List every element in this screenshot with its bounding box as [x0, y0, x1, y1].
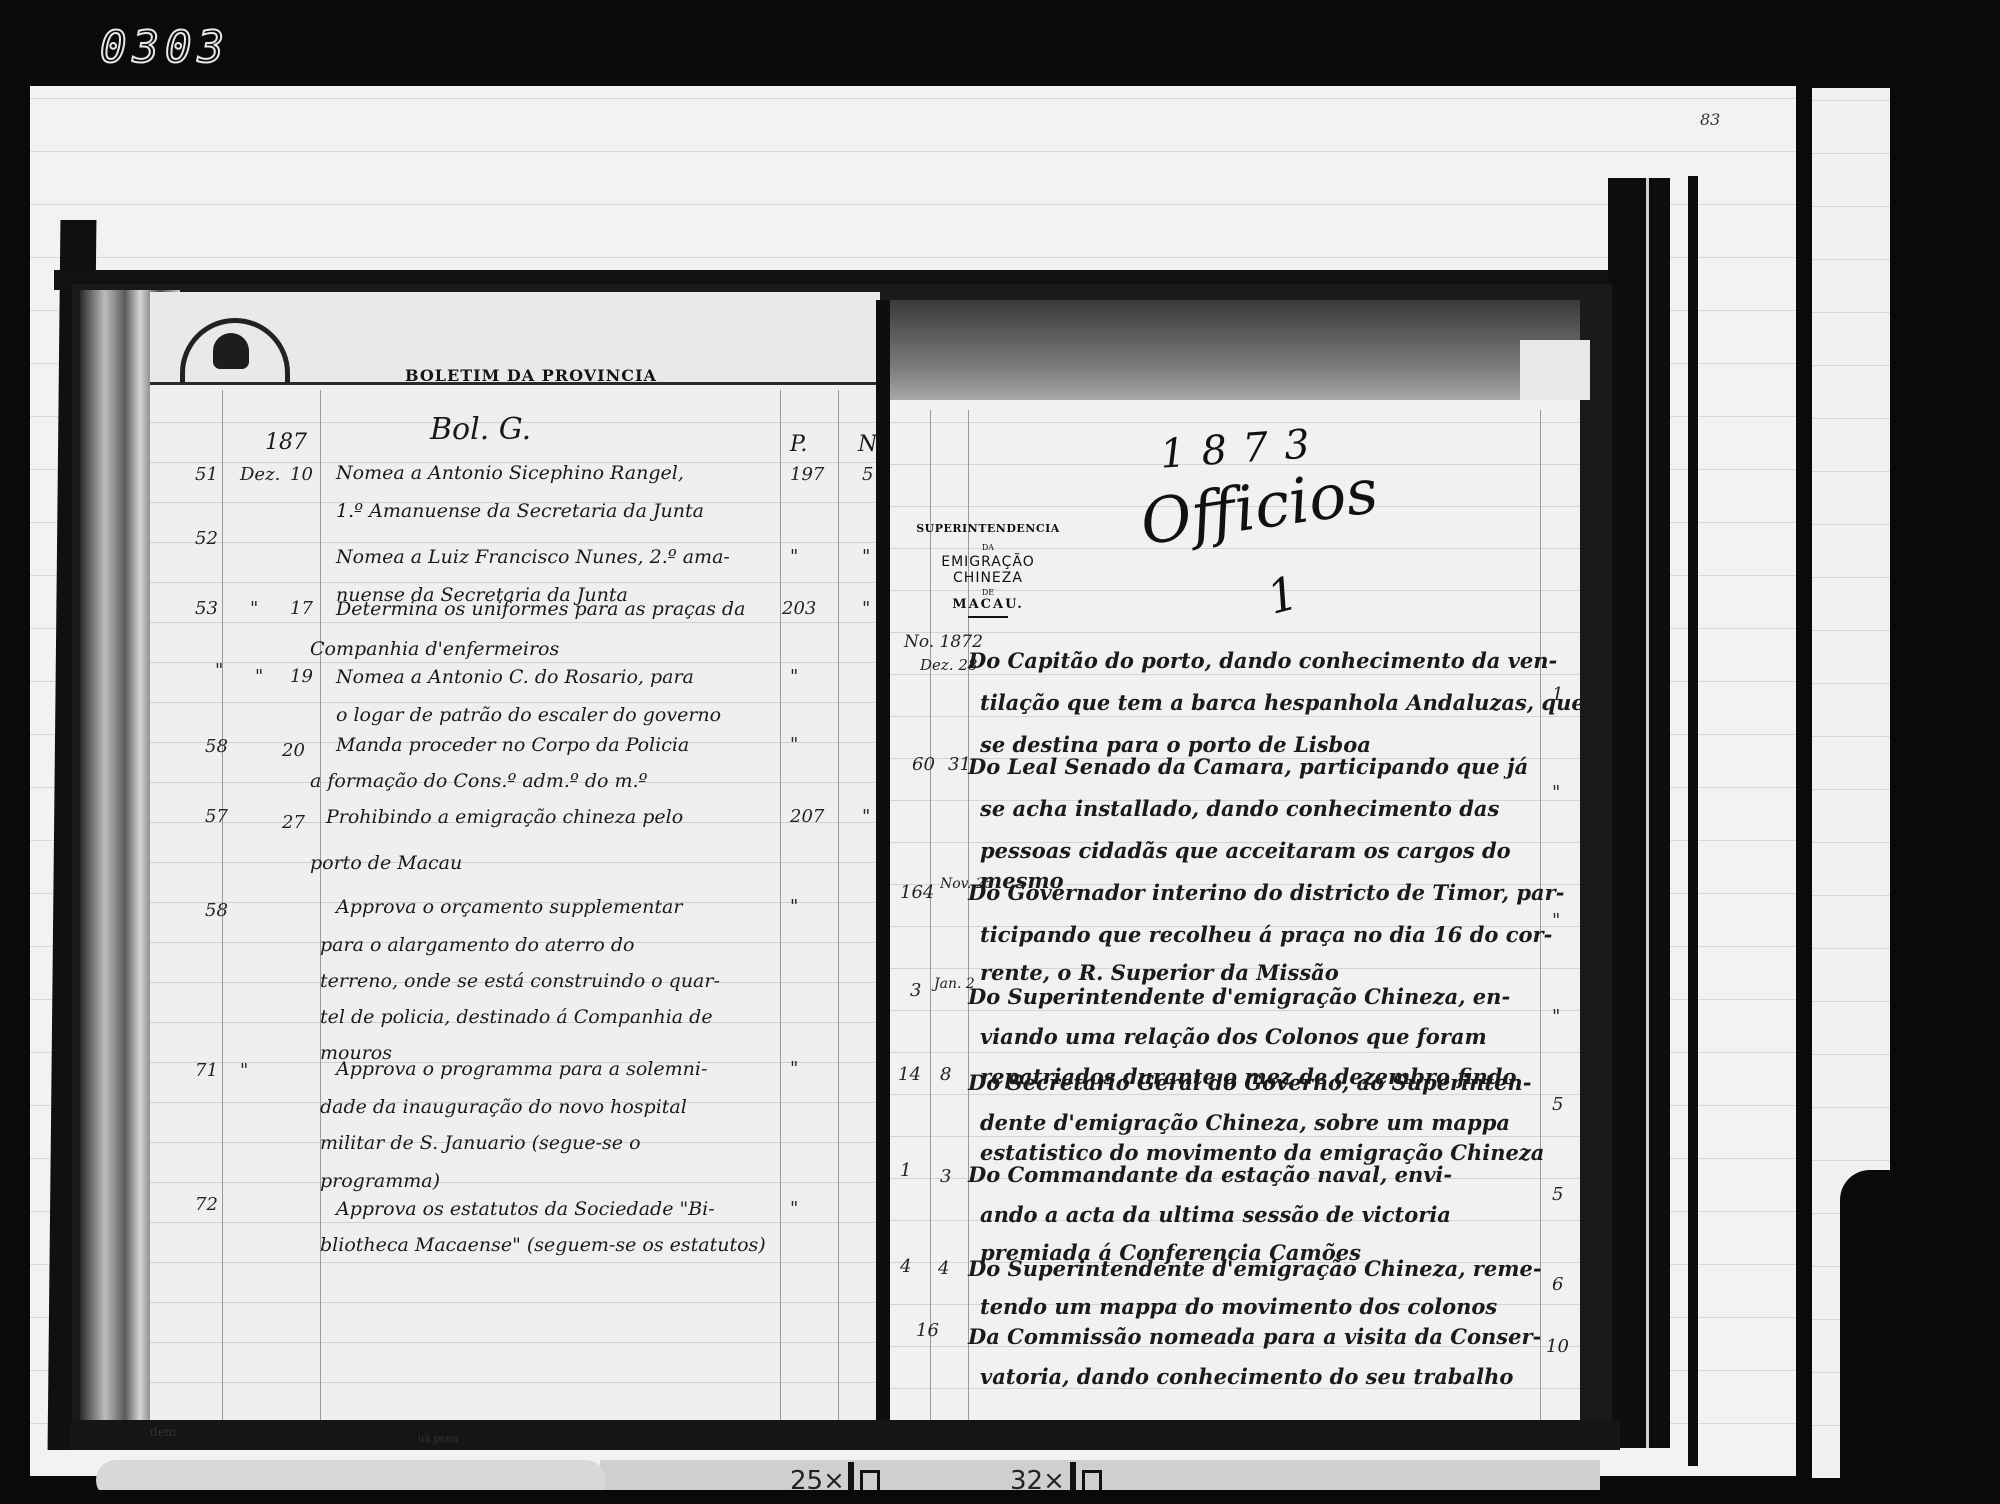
entry-text-line: Approva o orçamento supplementar — [336, 896, 682, 918]
entry-page-ref: " — [790, 1198, 798, 1219]
entry-day: 19 — [290, 666, 313, 687]
entry-folio: 5 — [1552, 1184, 1563, 1205]
entry-number: 58 — [205, 900, 228, 921]
entry-number: 51 — [195, 464, 218, 485]
entry-number: 58 — [205, 736, 228, 757]
entry-folio: " — [1552, 782, 1560, 803]
film-edge-right — [1890, 0, 2000, 1504]
entry-page-ref: " — [790, 666, 798, 687]
superintendencia-letterhead: SUPERINTENDENCIA DA EMIGRAÇÃO CHINEZA DE… — [908, 522, 1068, 618]
entry-text-line: Do Governador interino do districto de T… — [968, 880, 1564, 905]
entry-page-ref: " — [790, 734, 798, 755]
entry-text-line: tilação que tem a barca hespanhola Andal… — [980, 690, 1585, 715]
entry-day: 27 — [282, 812, 305, 833]
entry-text-line: programma) — [320, 1170, 440, 1192]
entry-folio: 6 — [1552, 1274, 1563, 1295]
entry-text-line: dade da inauguração do novo hospital — [320, 1096, 687, 1118]
right-page-shadow — [890, 300, 1580, 410]
entry-text-line: tendo um mappa do movimento dos colonos — [980, 1294, 1497, 1319]
entry-day: 20 — [282, 740, 305, 761]
film-separator-bar — [1796, 86, 1810, 1486]
letterhead-line: DE — [908, 588, 1068, 597]
entry-text-line: militar de S. Januario (segue-se o — [320, 1132, 641, 1154]
entry-number: 3 — [910, 980, 921, 1001]
letterhead-line: EMIGRAÇÃO CHINEZA — [908, 554, 1068, 586]
column-header-page: P. — [790, 432, 807, 457]
letterhead-rule — [968, 616, 1008, 618]
entry-text-line: ticipando que recolheu á praça no dia 16… — [980, 922, 1552, 947]
entry-number: 72 — [195, 1194, 218, 1215]
entry-text-line: se acha installado, dando conhecimento d… — [980, 796, 1499, 821]
entry-text-line: Do Secretario Geral do Governo, ao Super… — [968, 1070, 1531, 1095]
entry-text-line: ando a acta da ultima sessão de victoria — [980, 1202, 1451, 1227]
corner-mark: 83 — [1700, 110, 1720, 129]
entry-number: 57 — [205, 806, 228, 827]
entry-text-line: Do Commandante da estação naval, envi- — [968, 1162, 1452, 1187]
entry-number: 14 — [898, 1064, 921, 1085]
left-page-number: 187 — [265, 430, 307, 455]
entry-month: " — [240, 1060, 248, 1081]
entry-text-line: Do Capitão do porto, dando conhecimento … — [968, 648, 1557, 673]
entry-text-line: Manda proceder no Corpo da Policia — [336, 734, 689, 756]
entry-num-ref: " — [862, 806, 870, 827]
entry-text-line: tel de policia, destinado á Companhia de — [320, 1006, 713, 1028]
book-bottom-edge — [70, 1420, 1620, 1450]
footer-mark: dem. — [150, 1425, 180, 1439]
entry-text-line: porto de Macau — [310, 852, 462, 874]
entry-text-line: rente, o R. Superior da Missão — [980, 960, 1339, 985]
entry-text-line: bliotheca Macaense" (seguem-se os estatu… — [320, 1234, 766, 1256]
entry-text-line: pessoas cidadãs que acceitaram os cargos… — [980, 838, 1511, 863]
entry-text-line: para o alargamento do aterro do — [320, 934, 634, 956]
entry-page-ref: 203 — [782, 598, 816, 619]
entry-text-line: Do Leal Senado da Camara, participando q… — [968, 754, 1528, 779]
entry-text-line: Approva os estatutos da Sociedade "Bi- — [336, 1198, 715, 1220]
entry-text-line: terreno, onde se está construindo o quar… — [320, 970, 720, 992]
entry-number: 16 — [916, 1320, 939, 1341]
boletim-header-text: BOLETIM DA PROVINCIA — [405, 366, 657, 385]
entry-text-line: a formação do Cons.º adm.º do m.º — [310, 770, 647, 792]
entry-folio: " — [1552, 910, 1560, 931]
entry-num-ref: " — [862, 598, 870, 619]
entry-text-line: Do Superintendente d'emigração Chineza, … — [968, 984, 1510, 1009]
entry-folio: 10 — [1546, 1336, 1569, 1357]
entry-num-ref: " — [862, 546, 870, 567]
entry-number: 4 — [900, 1256, 911, 1277]
letterhead-line: DA — [908, 543, 1068, 552]
entry-folio: 5 — [1552, 1094, 1563, 1115]
book-gutter — [876, 300, 890, 1440]
film-frame-number: 0303 — [100, 22, 230, 73]
crown-icon — [213, 333, 249, 369]
entry-number: 1 — [900, 1160, 911, 1181]
page-flap — [1520, 340, 1590, 400]
entry-text-line: Companhia d'enfermeiros — [310, 638, 559, 660]
entry-page-ref: " — [790, 1058, 798, 1079]
entry-text-line: Nomea a Luiz Francisco Nunes, 2.º ama- — [336, 546, 730, 568]
left-page-heading: Bol. G. — [430, 412, 531, 447]
film-edge-bottom — [0, 1490, 2000, 1504]
entry-day: 10 — [290, 464, 313, 485]
entry-num-ref: 5 — [862, 464, 873, 485]
binding-band-right-thin — [1688, 176, 1698, 1466]
entry-text-line: dente d'emigração Chineza, sobre um mapp… — [980, 1110, 1510, 1135]
entry-text-line: viando uma relação dos Colonos que foram — [980, 1024, 1487, 1049]
entry-month: " — [250, 598, 258, 619]
entry-folio: 1 — [1552, 684, 1563, 705]
entry-number: 60 — [912, 754, 935, 775]
entry-number: 71 — [195, 1060, 218, 1081]
entry-text-line: Nomea a Antonio C. do Rosario, para — [336, 666, 694, 688]
entry-text-line: Nomea a Antonio Sicephino Rangel, — [336, 462, 684, 484]
entry-text-line: o logar de patrão do escaler do governo — [336, 704, 721, 726]
entry-text-line: Determina os uniformes para as praças da — [336, 598, 745, 620]
entry-text-line: Approva o programma para a solemni- — [336, 1058, 707, 1080]
entry-folio: " — [1552, 1006, 1560, 1027]
entry-page-ref: 207 — [790, 806, 824, 827]
footer-mark: uá pena — [418, 1434, 458, 1445]
entry-date: 4 — [938, 1258, 949, 1279]
film-edge-notch — [1840, 1170, 1900, 1504]
entry-number: 164 — [900, 882, 934, 903]
entry-number: 53 — [195, 598, 218, 619]
binding-band-right — [1608, 178, 1670, 1448]
margin-rule — [320, 390, 321, 1420]
entry-text-line: Do Superintendente d'emigração Chineza, … — [968, 1256, 1542, 1281]
letterhead-line: SUPERINTENDENCIA — [908, 522, 1068, 535]
margin-rule — [780, 390, 781, 1420]
entry-month: Dez. — [240, 464, 280, 485]
entry-text-line: vatoria, dando conhecimento do seu traba… — [980, 1364, 1513, 1389]
entry-page-ref: " — [790, 546, 798, 567]
entry-date: 3 — [940, 1166, 951, 1187]
entry-page-ref: 197 — [790, 464, 824, 485]
letterhead-line: MACAU. — [908, 597, 1068, 612]
margin-rule — [838, 390, 839, 1420]
entry-page-ref: " — [790, 896, 798, 917]
entry-text-line: 1.º Amanuense da Secretaria da Junta — [336, 500, 704, 522]
entry-text-line: Prohibindo a emigração chineza pelo — [326, 806, 683, 828]
entry-day: 17 — [290, 598, 313, 619]
entry-date: 8 — [940, 1064, 951, 1085]
entry-number: " — [215, 660, 223, 681]
entry-number: 52 — [195, 528, 218, 549]
entry-text-line: Da Commissão nomeada para a visita da Co… — [968, 1324, 1541, 1349]
entry-month: " — [255, 666, 263, 687]
